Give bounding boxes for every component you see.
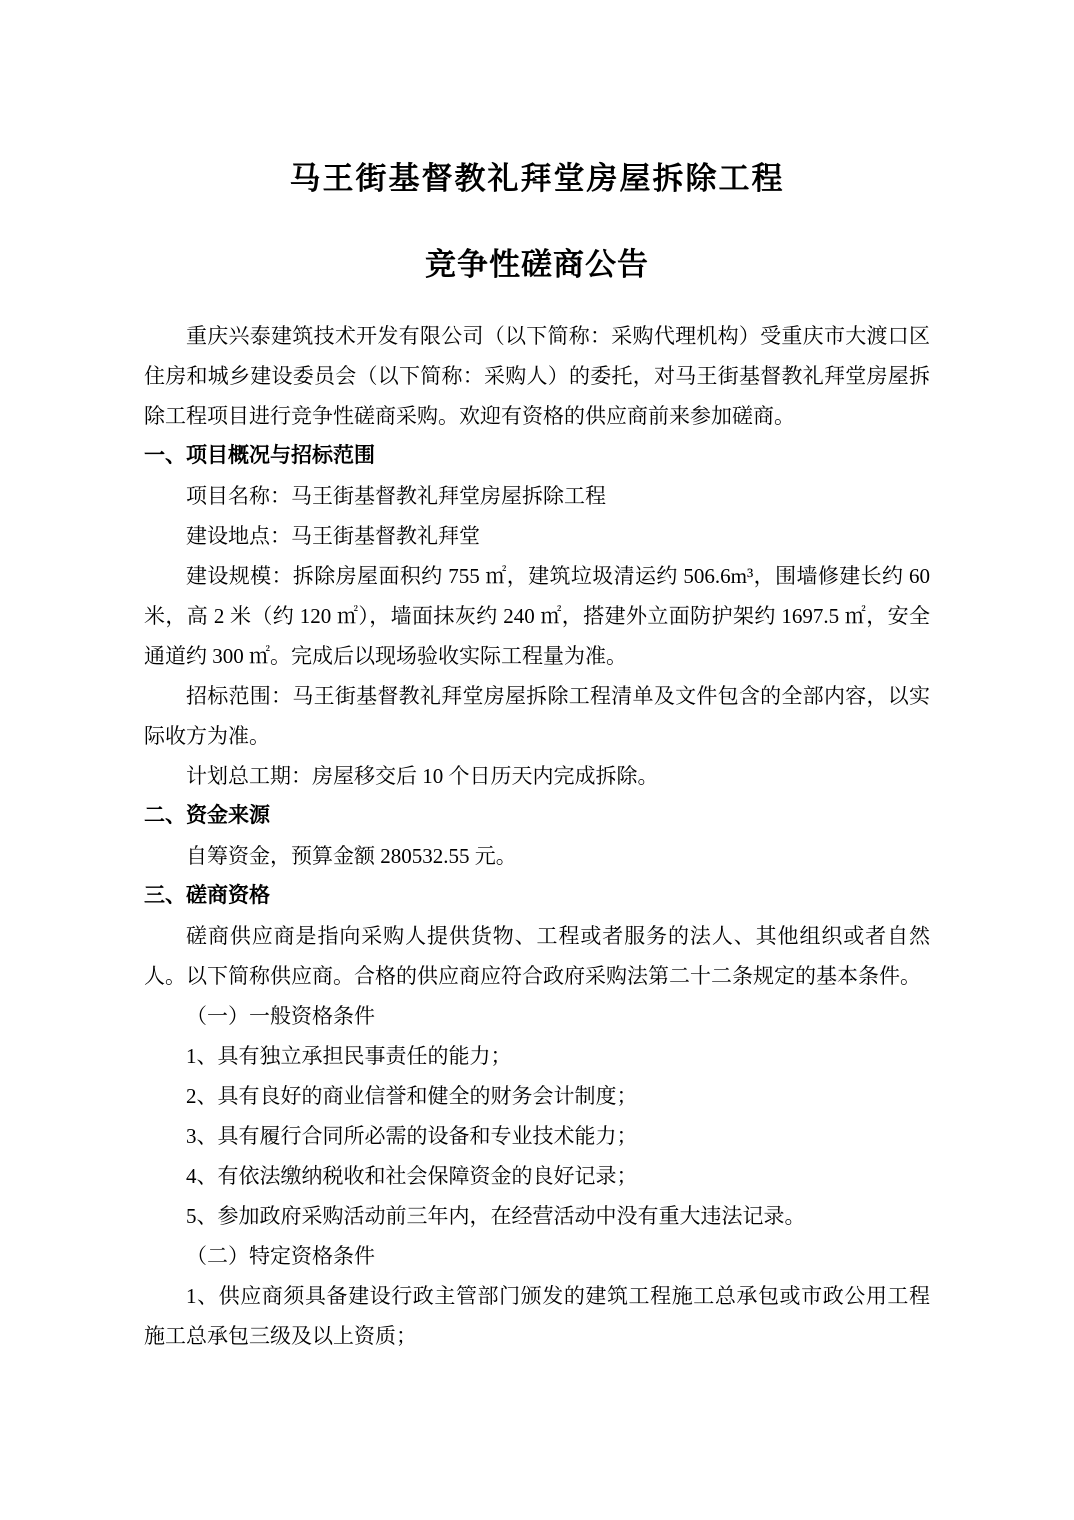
qualification-intro-paragraph: 磋商供应商是指向采购人提供货物、工程或者服务的法人、其他组织或者自然人。以下简称… (144, 916, 930, 996)
general-qualification-item-5: 5、参加政府采购活动前三年内，在经营活动中没有重大违法记录。 (144, 1196, 930, 1236)
general-qualification-item-1: 1、具有独立承担民事责任的能力； (144, 1036, 930, 1076)
general-qualification-item-3: 3、具有履行合同所必需的设备和专业技术能力； (144, 1116, 930, 1156)
general-qualification-item-2: 2、具有良好的商业信誉和健全的财务会计制度； (144, 1076, 930, 1116)
document-content: 马王街基督教礼拜堂房屋拆除工程 竞争性磋商公告 重庆兴泰建筑技术开发有限公司（以… (144, 0, 930, 1356)
bid-scope-paragraph: 招标范围：马王街基督教礼拜堂房屋拆除工程清单及文件包含的全部内容，以实际收方为准… (144, 676, 930, 756)
construction-scale-paragraph: 建设规模：拆除房屋面积约 755 ㎡，建筑垃圾清运约 506.6m³，围墙修建长… (144, 556, 930, 676)
document-subtitle: 竞争性磋商公告 (144, 244, 930, 286)
general-qualification-item-4: 4、有依法缴纳税收和社会保障资金的良好记录； (144, 1156, 930, 1196)
section-3-heading: 三、磋商资格 (144, 876, 930, 916)
specific-qualification-title: （二）特定资格条件 (144, 1236, 930, 1276)
project-name-line: 项目名称：马王街基督教礼拜堂房屋拆除工程 (144, 476, 930, 516)
funding-source-line: 自筹资金，预算金额 280532.55 元。 (144, 836, 930, 876)
planned-duration-line: 计划总工期：房屋移交后 10 个日历天内完成拆除。 (144, 756, 930, 796)
section-2-heading: 二、资金来源 (144, 796, 930, 836)
section-1-heading: 一、项目概况与招标范围 (144, 436, 930, 476)
construction-site-line: 建设地点：马王街基督教礼拜堂 (144, 516, 930, 556)
document-page: 马王街基督教礼拜堂房屋拆除工程 竞争性磋商公告 重庆兴泰建筑技术开发有限公司（以… (0, 0, 1074, 1520)
document-title: 马王街基督教礼拜堂房屋拆除工程 (144, 0, 930, 200)
intro-paragraph: 重庆兴泰建筑技术开发有限公司（以下简称：采购代理机构）受重庆市大渡口区住房和城乡… (144, 316, 930, 436)
document-body: 重庆兴泰建筑技术开发有限公司（以下简称：采购代理机构）受重庆市大渡口区住房和城乡… (144, 316, 930, 1356)
specific-qualification-item-1: 1、供应商须具备建设行政主管部门颁发的建筑工程施工总承包或市政公用工程施工总承包… (144, 1276, 930, 1356)
general-qualification-title: （一）一般资格条件 (144, 996, 930, 1036)
